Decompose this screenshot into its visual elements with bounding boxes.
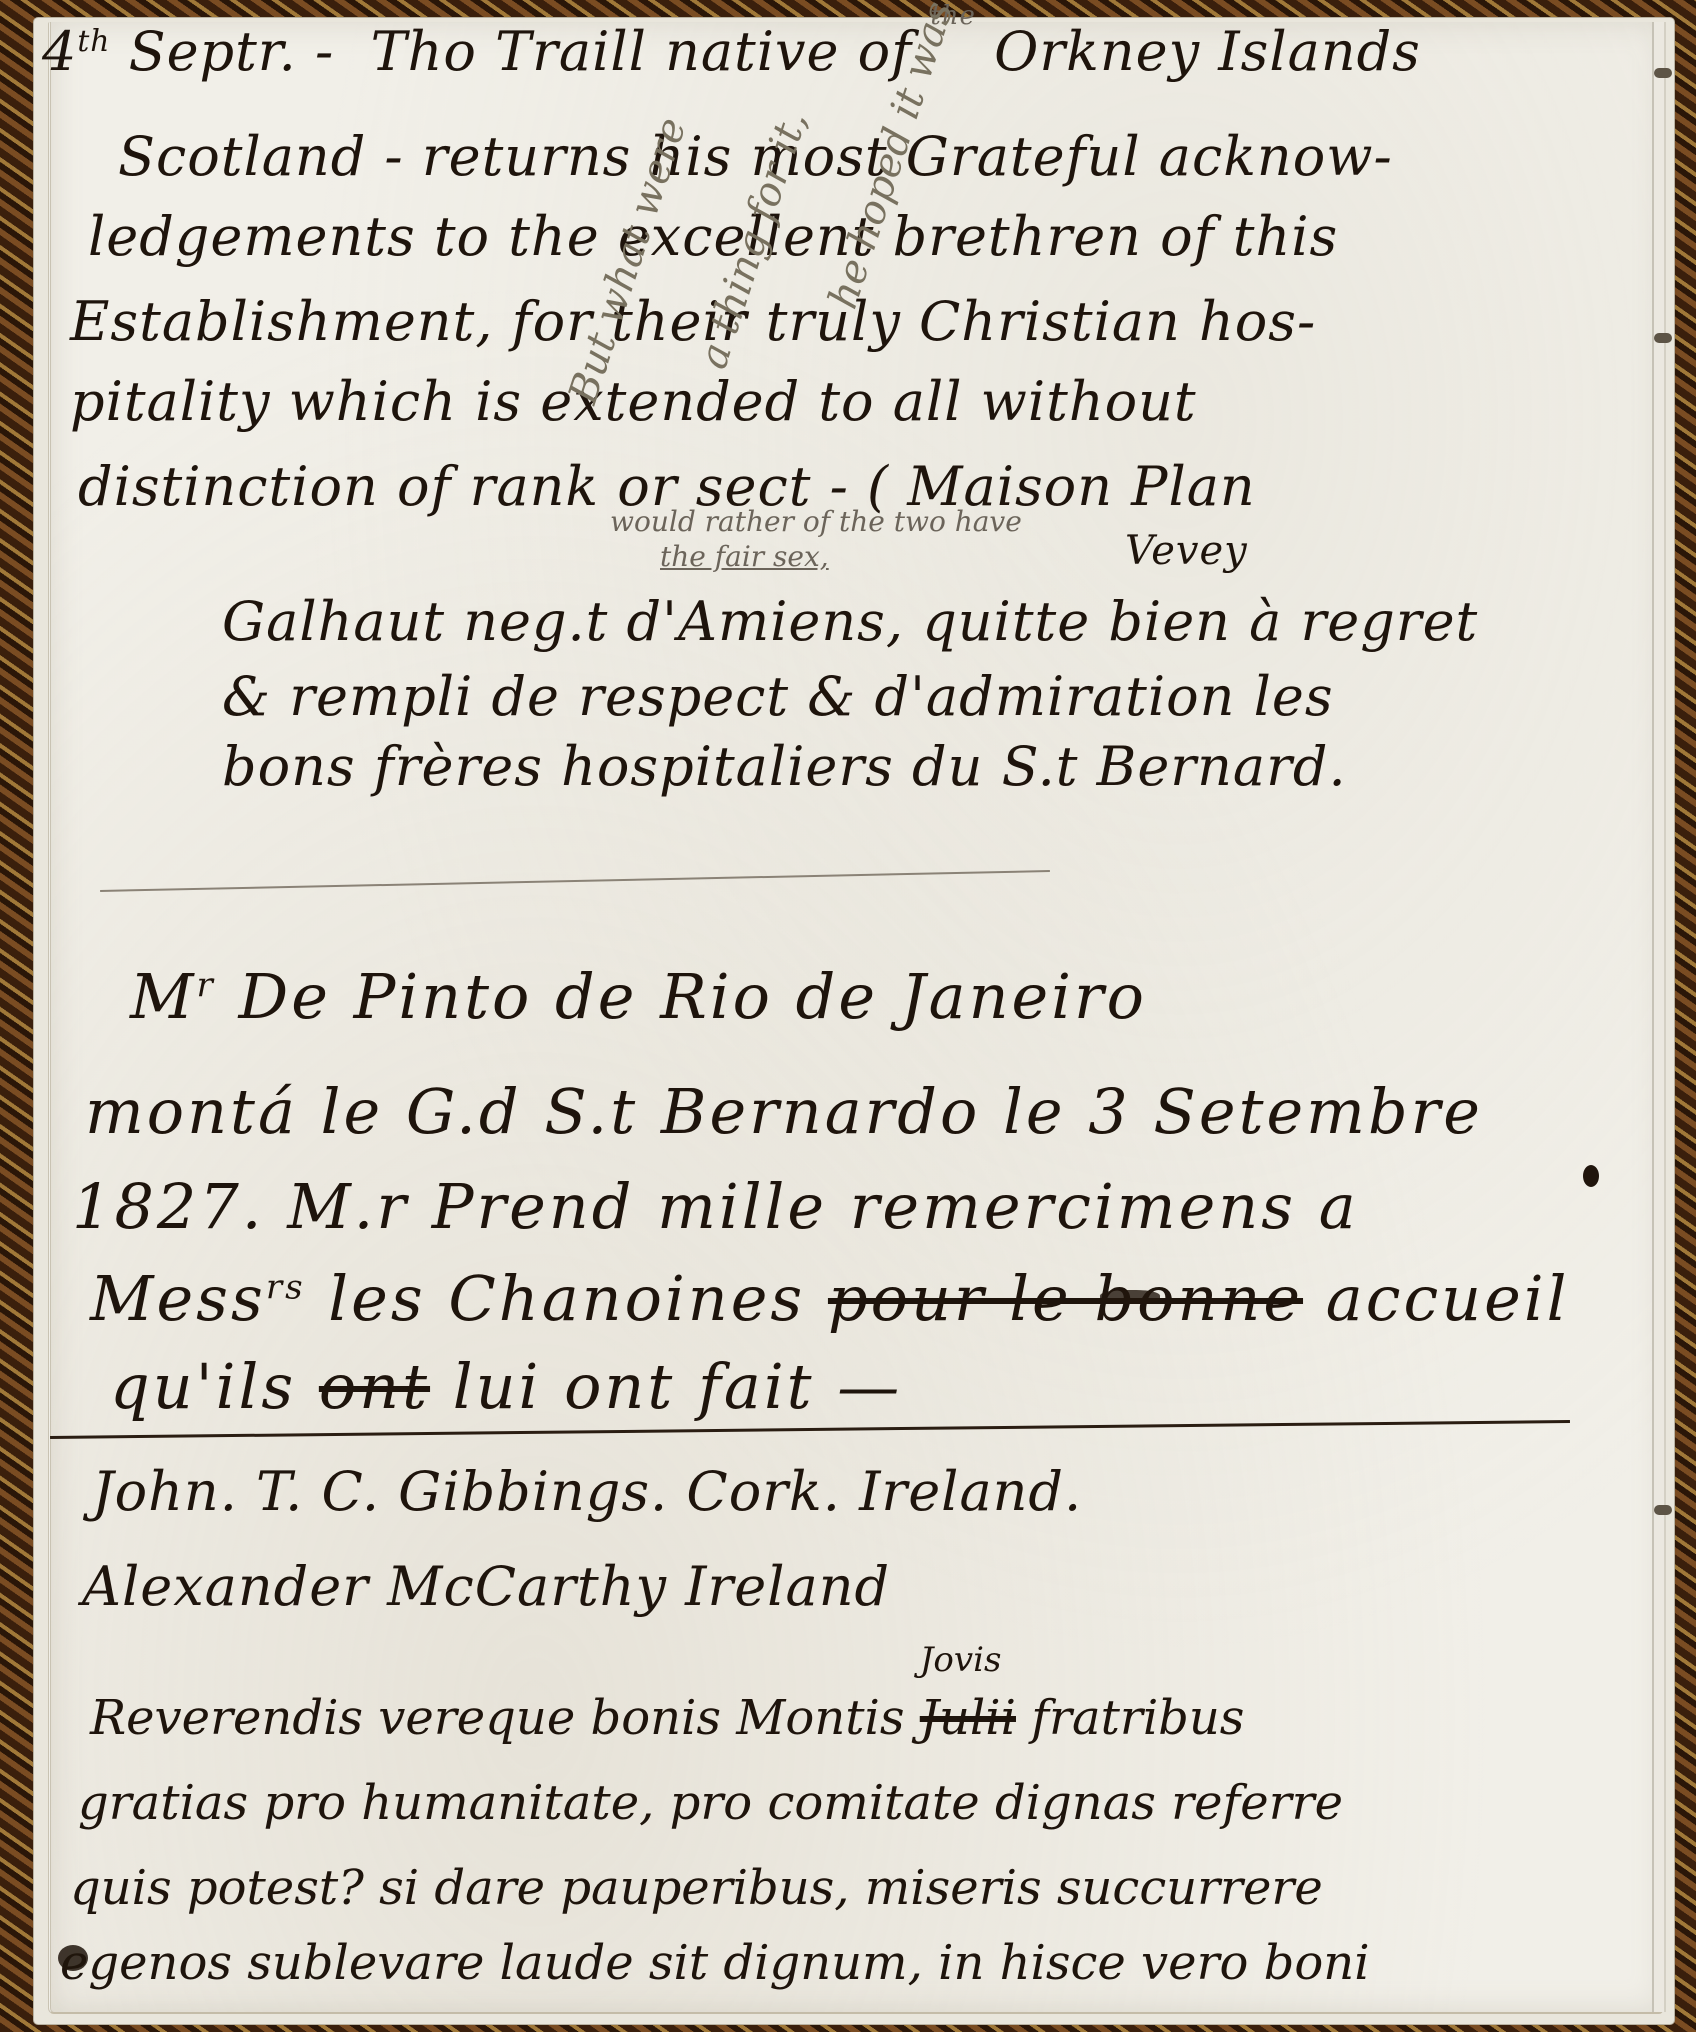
entry-mccarthy: Alexander McCarthy Ireland (82, 1555, 890, 1618)
entry-line: Messrs les Chanoines pour le bonne accue… (90, 1262, 1569, 1335)
entry-line: ledgements to the excellent brethren of … (88, 205, 1338, 268)
entry-date: 4th Septr. - (42, 20, 334, 83)
entry-line: Mr De Pinto de Rio de Janeiro (130, 960, 1147, 1033)
pencil-annotation: the fair sex, (660, 540, 829, 573)
binding-stitch (1654, 68, 1672, 78)
entry-line: egenos sublevare laude sit dignum, in hi… (60, 1935, 1370, 1991)
entry-line: gratias pro humanitate, pro comitate dig… (78, 1775, 1343, 1831)
entry-line: pitality which is extended to all withou… (70, 370, 1197, 433)
ink-blot (58, 1945, 88, 1971)
ink-blot (1583, 1165, 1599, 1187)
entry-line: 1827. M.r Prend mille remercimens a (72, 1170, 1359, 1243)
entry-line-place: Vevey (1125, 528, 1248, 574)
correction: Julii Jovis (920, 1690, 1031, 1746)
struck-text: ont (319, 1350, 430, 1423)
binding-stitch (1654, 333, 1672, 343)
entry-line: quis potest? si dare pauperibus, miseris… (70, 1860, 1323, 1916)
struck-text: pour le bonne (828, 1262, 1303, 1335)
entry-line: 4th Septr. - Tho Traill native of the Or… (42, 20, 1421, 83)
entry-line: qu'ils ont lui ont fait — (110, 1350, 902, 1423)
insertion-above: Jovis (920, 1640, 1002, 1680)
ink-blot (1100, 1290, 1160, 1304)
entry-line: Reverendis vereque bonis Montis Julii Jo… (90, 1690, 1244, 1746)
entry-line: Galhaut neg.t d'Amiens, quitte bien à re… (222, 590, 1478, 653)
binding-stitch (1654, 1505, 1672, 1515)
pencil-annotation: would rather of the two have (610, 505, 1022, 538)
entry-line: & rempli de respect & d'admiration les (222, 665, 1334, 728)
struck-text: Julii (920, 1690, 1016, 1746)
entry-gibbings: John. T. C. Gibbings. Cork. Ireland. (92, 1460, 1082, 1523)
entry-line: bons frères hospitaliers du S.t Bernard. (222, 735, 1347, 798)
entry-line: montá le G.d S.t Bernardo le 3 Setembre (85, 1075, 1483, 1148)
binding-edge (1652, 22, 1666, 2012)
entry-line: Establishment, for their truly Christian… (70, 290, 1316, 353)
